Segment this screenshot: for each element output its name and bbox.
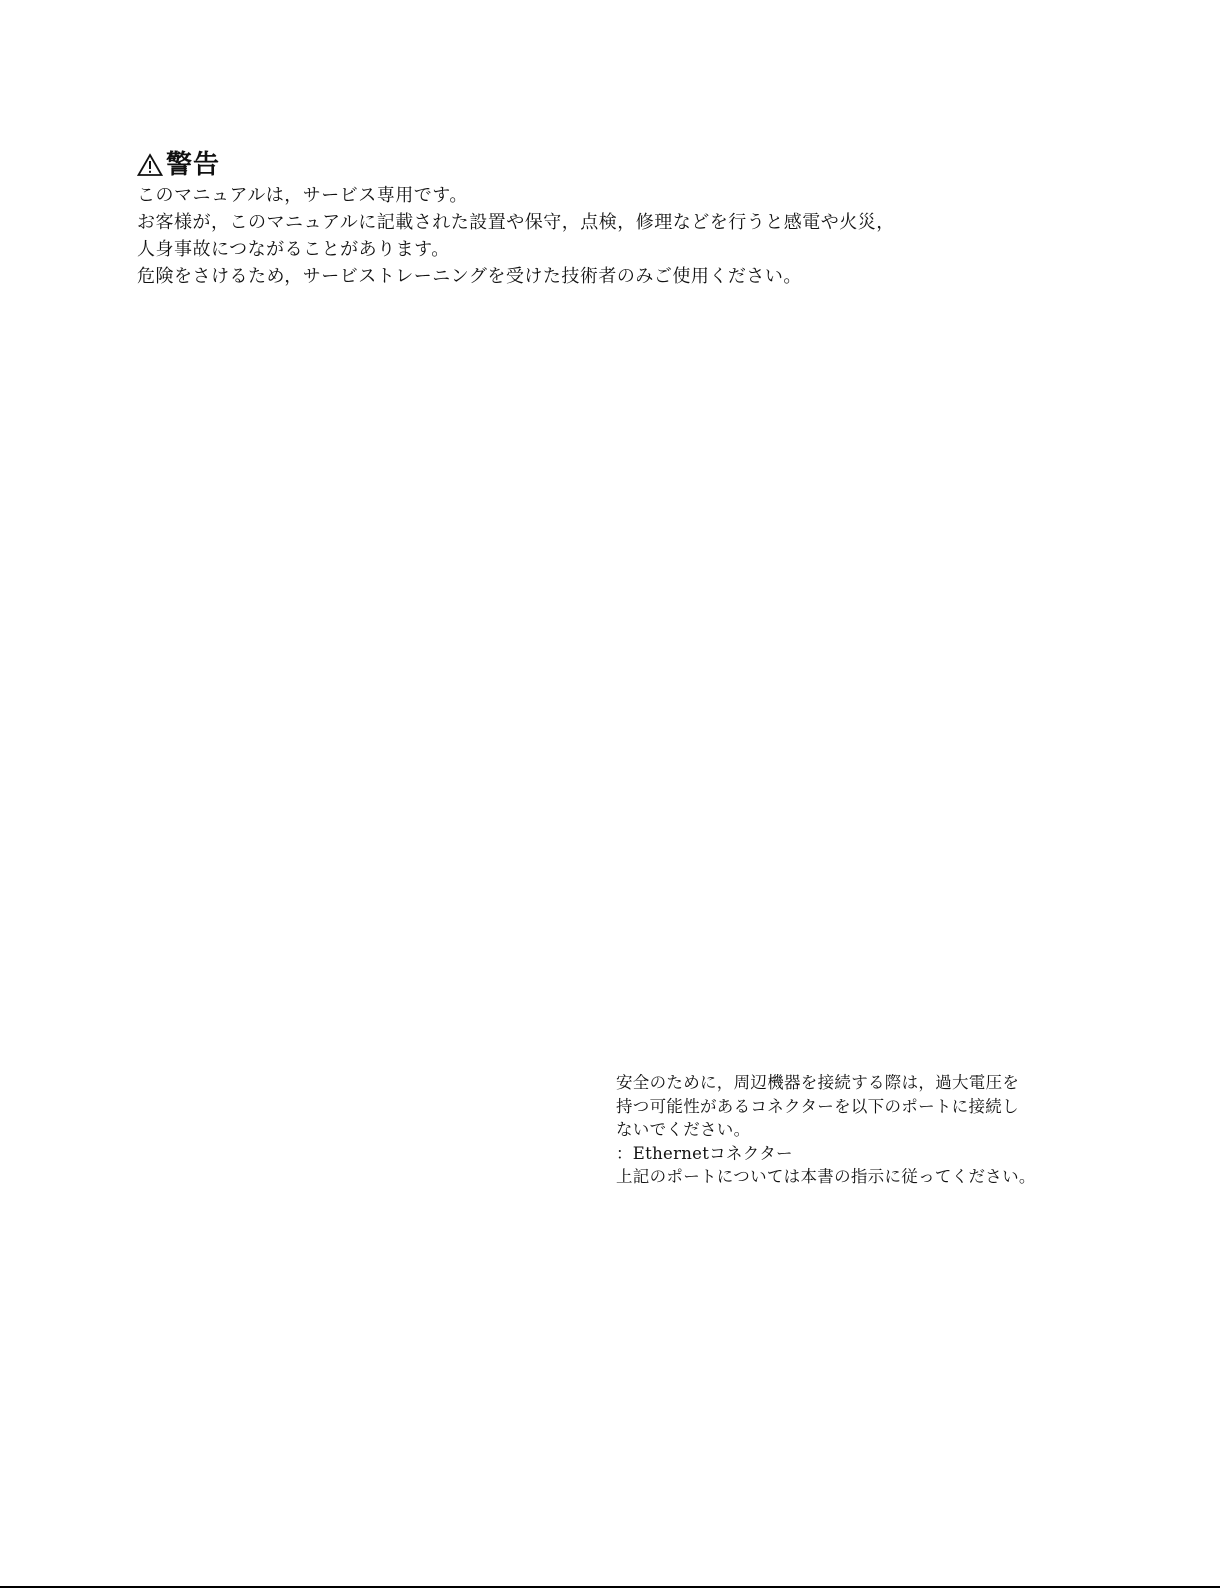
caution-line: 持つ可能性があるコネクターを以下のポートに接続し (616, 1095, 1066, 1119)
warning-line: 人身事故につながることがあります。 (137, 236, 1037, 263)
caution-line: 安全のために，周辺機器を接続する際は，過大電圧を (616, 1071, 1066, 1095)
warning-title: 警告 (166, 150, 220, 180)
warning-line: このマニュアルは，サービス専用です。 (137, 182, 1037, 209)
warning-heading: 警告 (137, 148, 1037, 182)
service-warning-section: 警告 このマニュアルは，サービス専用です。 お客様が，このマニュアルに記載された… (137, 148, 1037, 290)
port-connection-caution: 安全のために，周辺機器を接続する際は，過大電圧を 持つ可能性があるコネクターを以… (616, 1071, 1066, 1189)
warning-line: 危険をさけるため，サービストレーニングを受けた技術者のみご使用ください。 (137, 263, 1037, 290)
caution-port-item: ：Ethernetコネクター (616, 1142, 1066, 1166)
caution-line: 上記のポートについては本書の指示に従ってください。 (616, 1165, 1066, 1189)
warning-triangle-icon (137, 153, 163, 177)
warning-line: お客様が，このマニュアルに記載された設置や保守，点検，修理などを行うと感電や火災… (137, 209, 1037, 236)
caution-line: ないでください。 (616, 1118, 1066, 1142)
